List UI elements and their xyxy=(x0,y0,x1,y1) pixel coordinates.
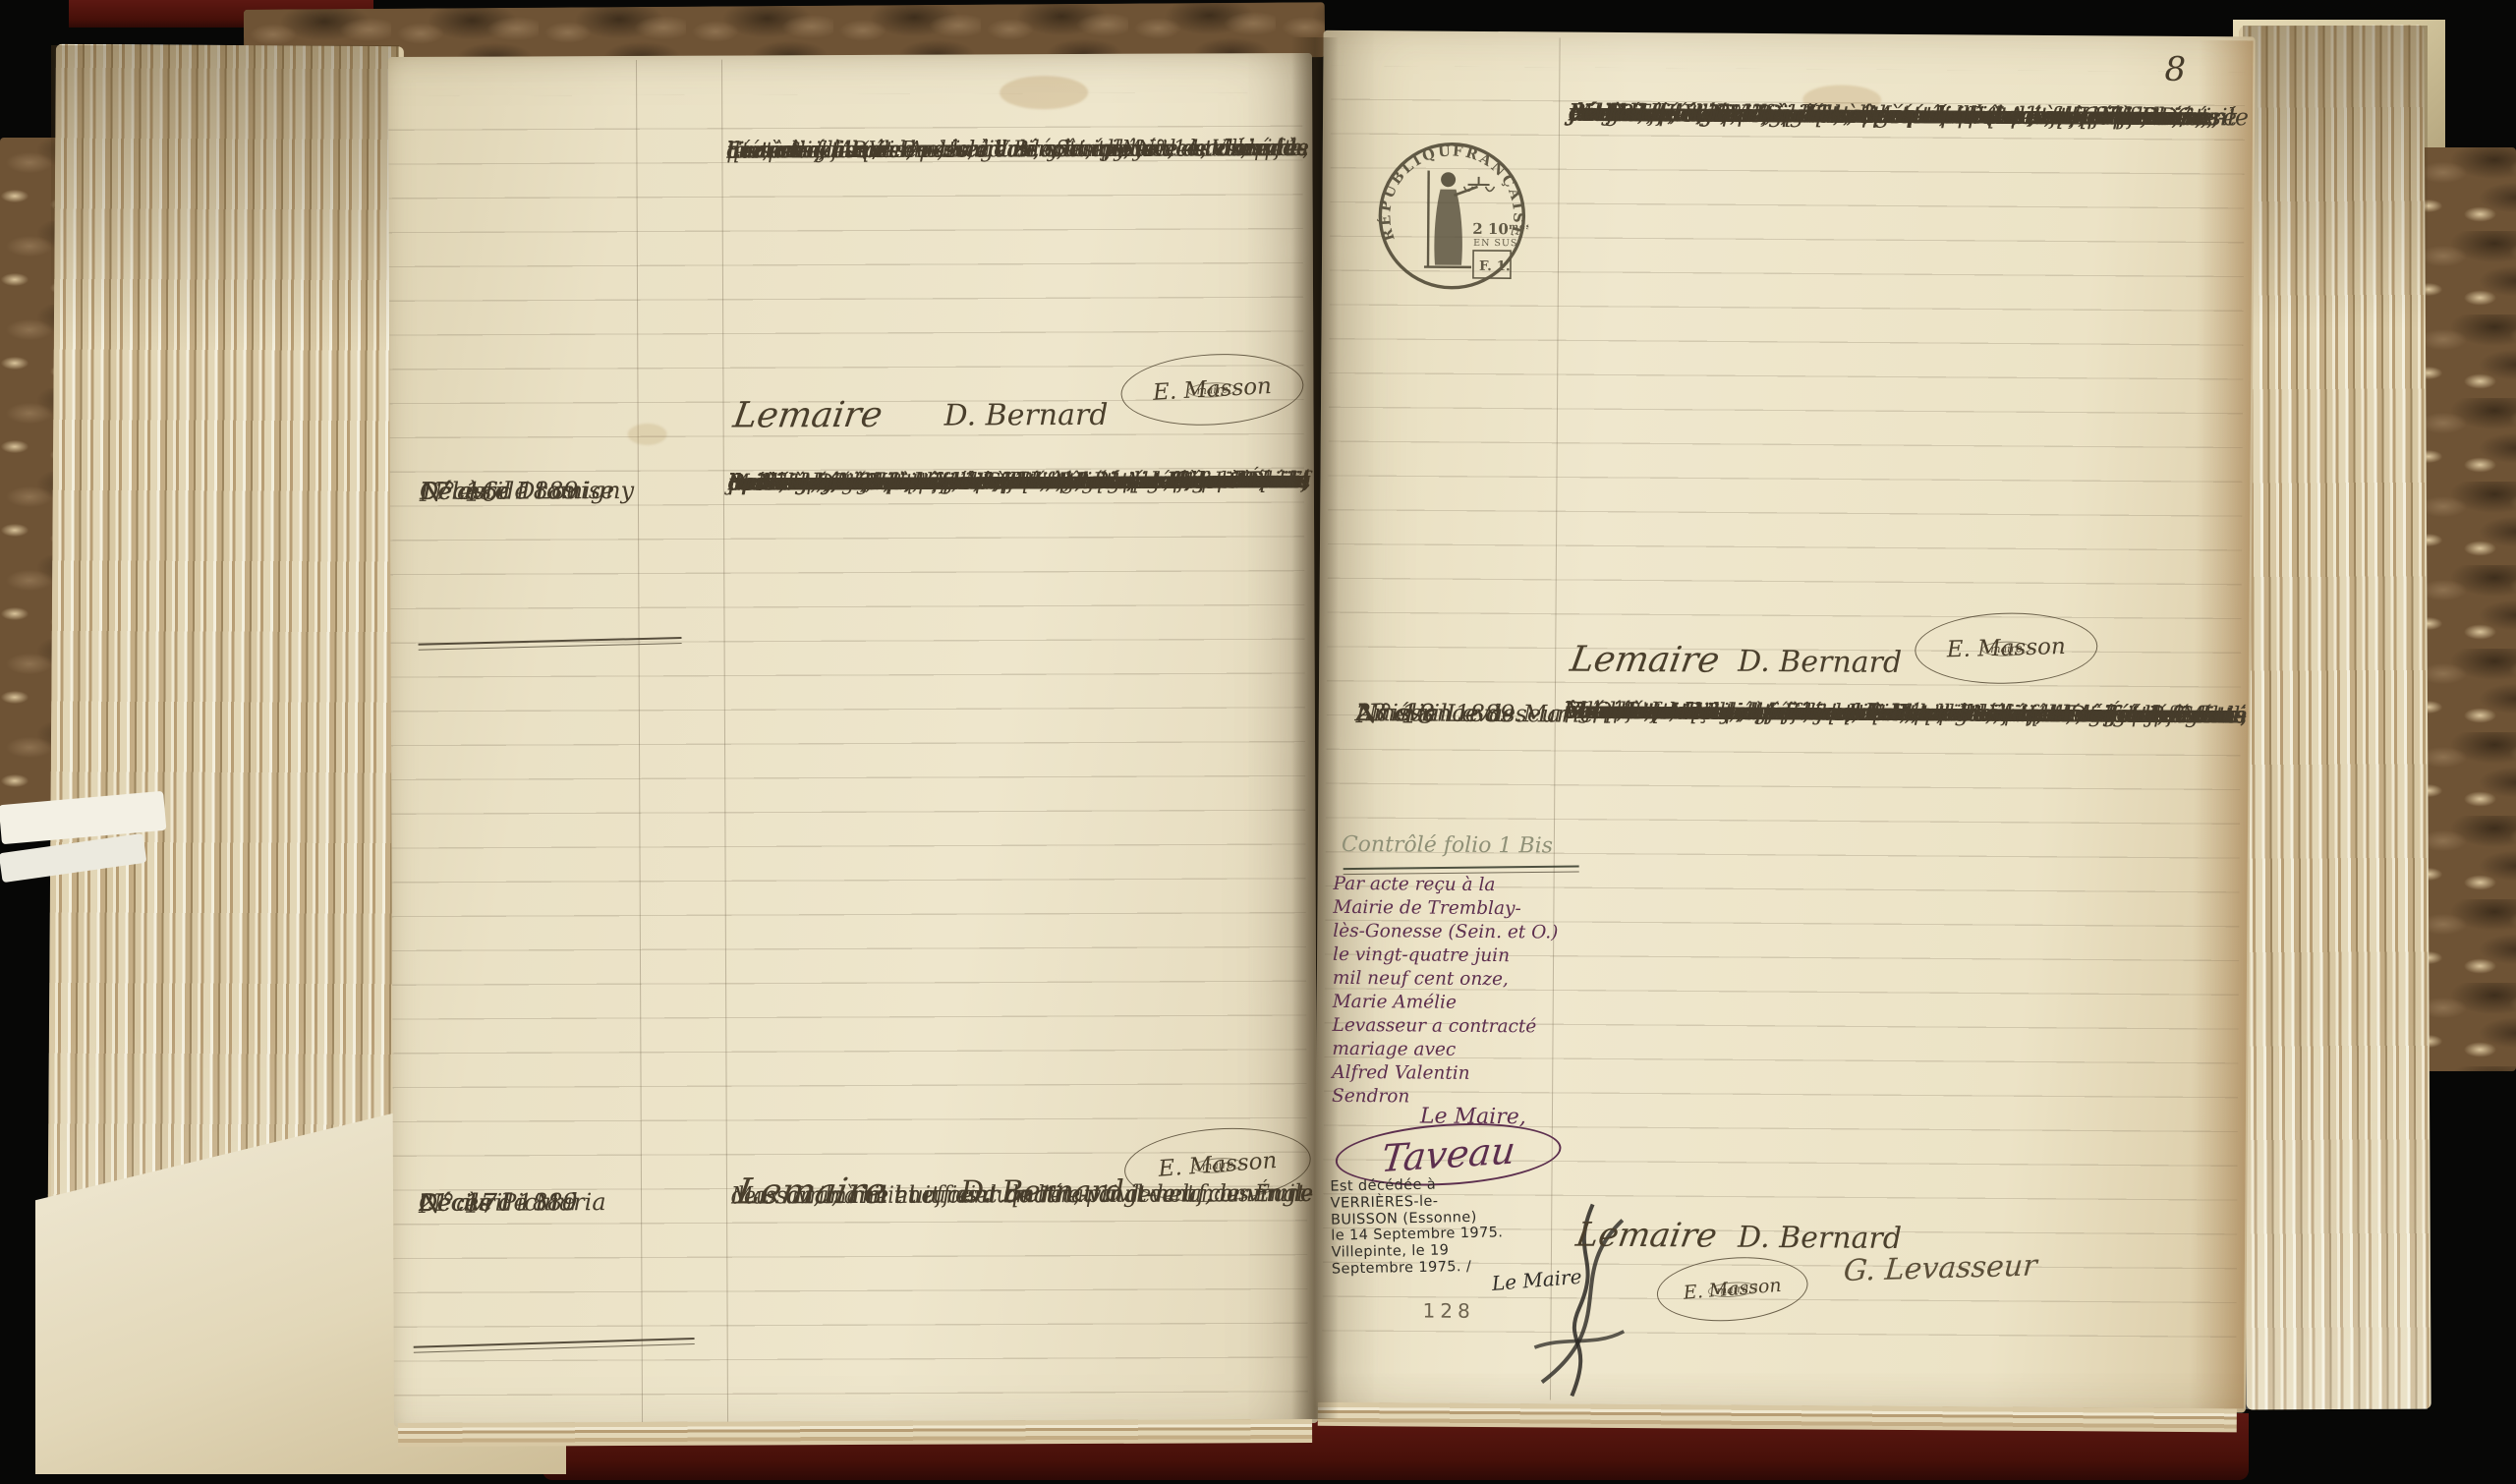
stamp-denomination: 2 10ᵐᵉˢ xyxy=(1472,220,1529,238)
mention-line: Alfred Valentin xyxy=(1332,1062,1595,1088)
mention-line: Par acte reçu à la xyxy=(1334,874,1597,899)
signature-lemaire: Lemaire xyxy=(1568,640,1723,681)
marriage-mention: Par acte reçu à laMairie de Tremblay-lès… xyxy=(1332,874,1597,1112)
marriage-mention-lines: Par acte reçu à laMairie de Tremblay-lès… xyxy=(1332,874,1597,1112)
right-page-group: 8 RÉPUBLIQUE FRANÇAISE xyxy=(0,0,2516,1484)
folio-number: 128 xyxy=(1422,1299,1474,1323)
mention-line: lès-Gonesse (Sein. et O.) xyxy=(1333,921,1596,946)
signature-lemaire: Lemaire xyxy=(1573,1216,1720,1256)
mention-line: Marie Amélie xyxy=(1333,992,1596,1017)
justice-figure xyxy=(1424,171,1495,267)
mention-line: mariage avec xyxy=(1332,1039,1595,1064)
signature-bernard: D. Bernard xyxy=(1738,645,1902,680)
mention-line: mil neuf cent onze, xyxy=(1333,968,1596,994)
signature-bernard: D. Bernard xyxy=(1738,1221,1902,1256)
margin-line: 23 avril 1889. xyxy=(1356,699,1522,736)
stamp-surcharge: EN SUS xyxy=(1473,238,1517,249)
book-gutter-shadow xyxy=(1291,37,1339,1419)
registry-book-photo: née à Angles (Vienne) le douze août mil … xyxy=(0,0,2516,1484)
stamp-value: F. 1. xyxy=(1479,258,1511,274)
page-number: 8 xyxy=(2164,50,2186,89)
signature-levasseur: G. Levasseur xyxy=(1843,1248,2038,1288)
mention-line: Levasseur a contracté xyxy=(1332,1015,1595,1041)
right-page-bottom-edges xyxy=(1318,1402,2237,1433)
death-mention: Est décédée àVERRIÈRES-le-BUISSON (Esson… xyxy=(1330,1175,1538,1279)
control-note: Contrôlé folio 1 Bis xyxy=(1342,832,1553,859)
death-mention-lines: Est décédée àVERRIÈRES-le-BUISSON (Esson… xyxy=(1330,1175,1538,1279)
mention-line: le vingt-quatre juin xyxy=(1333,944,1596,970)
revenue-stamp: RÉPUBLIQUE FRANÇAISE 2 10ᵐᵉ xyxy=(1375,139,1529,293)
mention-line: Mairie de Tremblay- xyxy=(1333,897,1596,923)
